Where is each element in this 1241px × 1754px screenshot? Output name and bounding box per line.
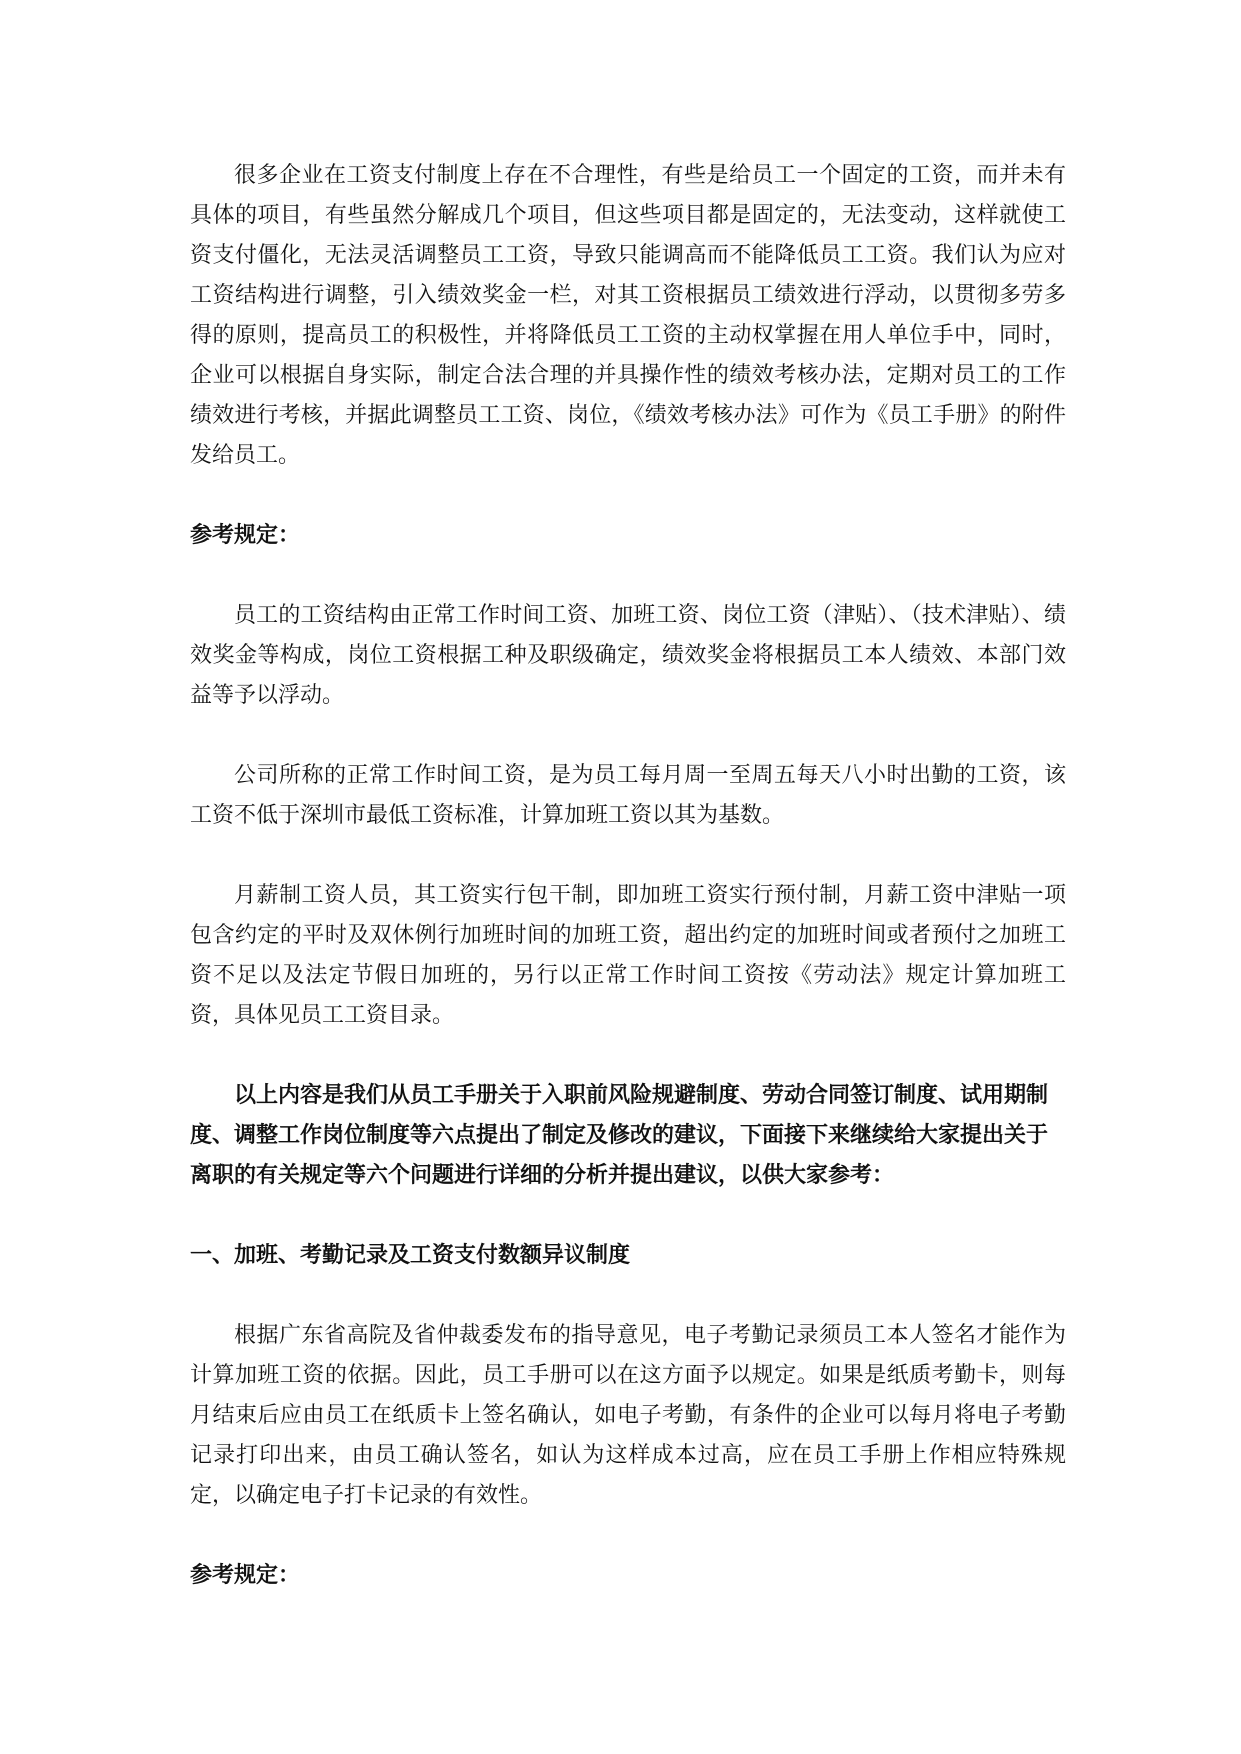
paragraph-summary-transition: 以上内容是我们从员工手册关于入职前风险规避制度、劳动合同签订制度、试用期制度、调… xyxy=(190,1075,1066,1195)
paragraph-monthly-salary-system: 月薪制工资人员，其工资实行包干制，即加班工资实行预付制，月薪工资中津贴一项包含约… xyxy=(190,875,1066,1035)
paragraph-wage-composition: 员工的工资结构由正常工作时间工资、加班工资、岗位工资（津贴）、（技术津贴）、绩效… xyxy=(190,595,1066,715)
heading-section-1-overtime-attendance-dispute: 一、加班、考勤记录及工资支付数额异议制度 xyxy=(190,1235,1066,1275)
paragraph-normal-working-time-wage: 公司所称的正常工作时间工资，是为员工每月周一至周五每天八小时出勤的工资，该工资不… xyxy=(190,755,1066,835)
document-page: 很多企业在工资支付制度上存在不合理性，有些是给员工一个固定的工资，而并未有具体的… xyxy=(0,0,1241,1754)
paragraph-attendance-record-guidance: 根据广东省高院及省仲裁委发布的指导意见，电子考勤记录须员工本人签名才能作为计算加… xyxy=(190,1315,1066,1515)
heading-reference-rules-1: 参考规定： xyxy=(190,515,1066,555)
heading-reference-rules-2: 参考规定： xyxy=(190,1555,1066,1595)
paragraph-wage-system-problems: 很多企业在工资支付制度上存在不合理性，有些是给员工一个固定的工资，而并未有具体的… xyxy=(190,155,1066,475)
